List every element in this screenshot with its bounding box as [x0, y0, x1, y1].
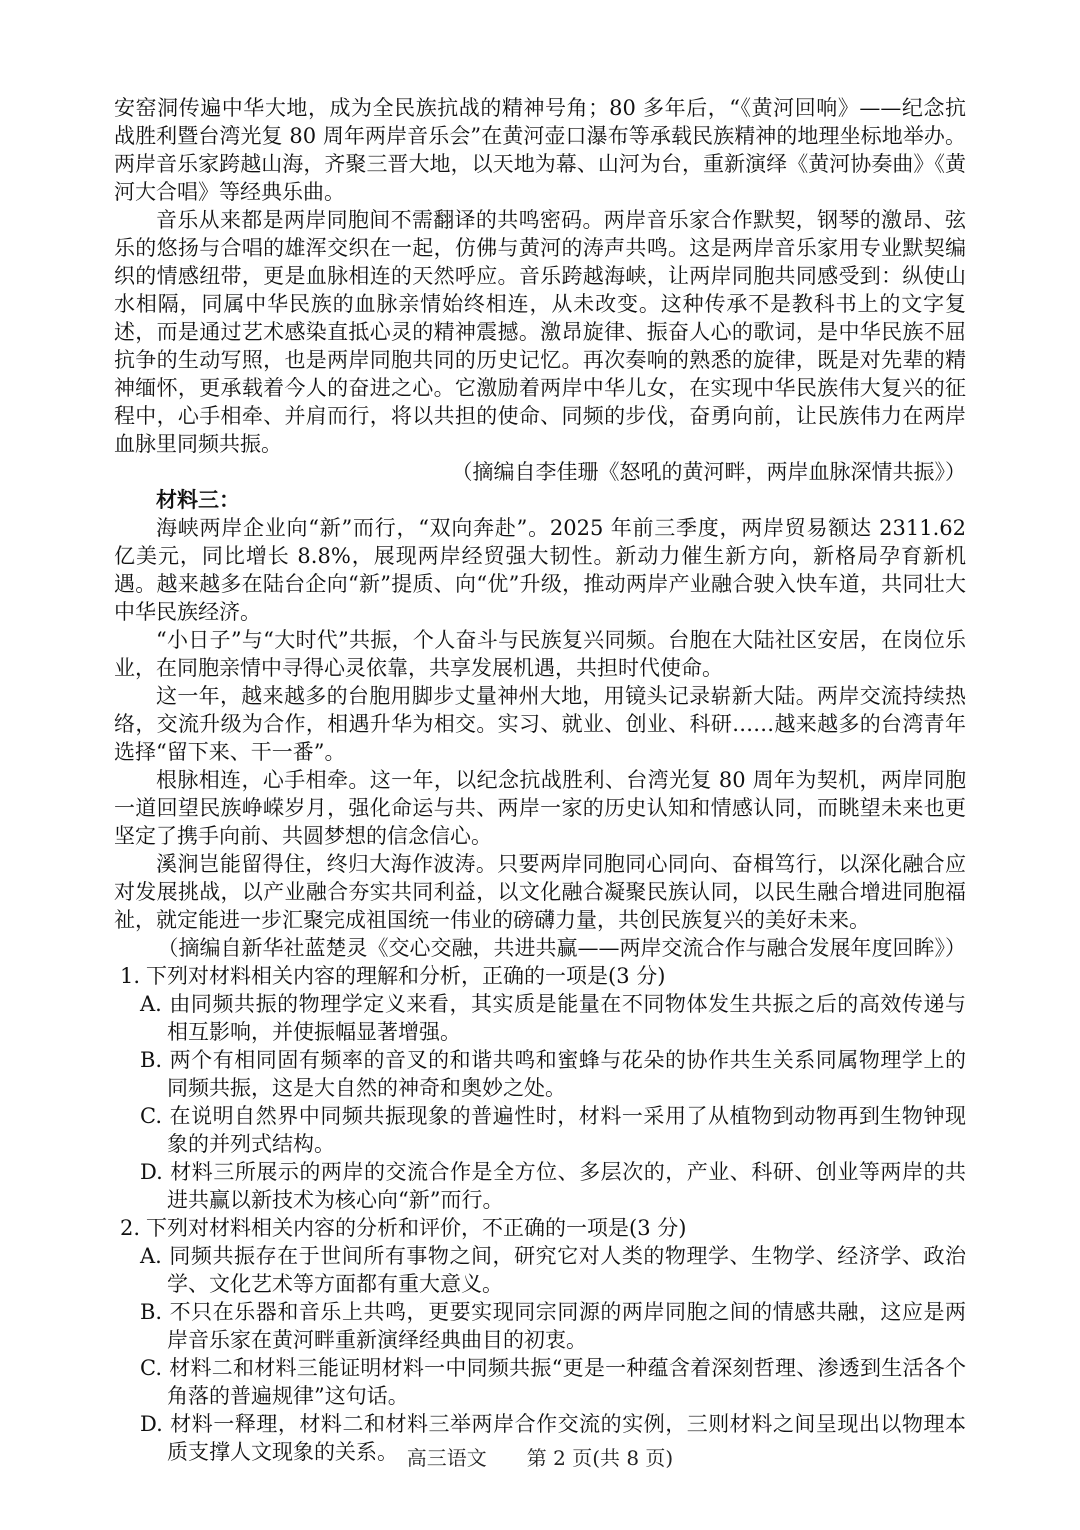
- material2-continuation-paragraph: 安窑洞传遍中华大地，成为全民族抗战的精神号角；80 多年后，“《黄河回响》——纪…: [114, 94, 966, 206]
- question-1-number: 1.: [120, 964, 140, 988]
- material3-paragraph: “小日子”与“大时代”共振，个人奋斗与民族复兴同频。台胞在大陆社区安居，在岗位乐…: [114, 626, 966, 682]
- option-label: D.: [140, 1160, 163, 1184]
- option-text: 同频共振存在于世间所有事物之间，研究它对人类的物理学、生物学、经济学、政治学、文…: [167, 1244, 966, 1296]
- option-label: D.: [140, 1412, 163, 1436]
- question-2-number: 2.: [120, 1216, 140, 1240]
- question-1-option-b: B.两个有相同固有频率的音叉的和谐共鸣和蜜蜂与花朵的协作共生关系同属物理学上的同…: [114, 1046, 966, 1102]
- question-1-stem: 下列对材料相关内容的理解和分析，正确的一项是(3 分): [146, 964, 665, 988]
- material3-paragraph: 这一年，越来越多的台胞用脚步丈量神州大地，用镜头记录崭新大陆。两岸交流持续热络，…: [114, 682, 966, 766]
- option-label: C.: [140, 1356, 162, 1380]
- question-2-stem-line: 2.下列对材料相关内容的分析和评价，不正确的一项是(3 分): [114, 1214, 966, 1242]
- material3-attribution: （摘编自新华社蓝楚灵《交心交融，共进共赢——两岸交流合作与融合发展年度回眸》）: [114, 934, 966, 962]
- question-1: 1.下列对材料相关内容的理解和分析，正确的一项是(3 分) A.由同频共振的物理…: [114, 962, 966, 1214]
- option-text: 不只在乐器和音乐上共鸣，更要实现同宗同源的两岸同胞之间的情感共融，这应是两岸音乐…: [167, 1300, 966, 1352]
- option-label: A.: [140, 992, 162, 1016]
- question-2-stem: 下列对材料相关内容的分析和评价，不正确的一项是(3 分): [146, 1216, 686, 1240]
- page-content: 安窑洞传遍中华大地，成为全民族抗战的精神号角；80 多年后，“《黄河回响》——纪…: [114, 94, 966, 1466]
- option-text: 材料二和材料三能证明材料一中同频共振“更是一种蕴含着深刻哲理、渗透到生活各个角落…: [167, 1356, 966, 1408]
- footer-course-label: 高三语文: [407, 1446, 487, 1470]
- option-text: 在说明自然界中同频共振现象的普遍性时，材料一采用了从植物到动物再到生物钟现象的并…: [167, 1104, 966, 1156]
- page-footer: 高三语文第 2 页(共 8 页): [0, 1442, 1080, 1471]
- option-label: C.: [140, 1104, 162, 1128]
- question-1-option-d: D.材料三所展示的两岸的交流合作是全方位、多层次的，产业、科研、创业等两岸的共进…: [114, 1158, 966, 1214]
- material2-attribution: （摘编自李佳珊《怒吼的黄河畔，两岸血脉深情共振》）: [114, 458, 966, 486]
- material3-paragraph: 根脉相连，心手相牵。这一年，以纪念抗战胜利、台湾光复 80 周年为契机，两岸同胞…: [114, 766, 966, 850]
- material3-paragraph: 海峡两岸企业向“新”而行，“双向奔赴”。2025 年前三季度，两岸贸易额达 23…: [114, 514, 966, 626]
- question-2: 2.下列对材料相关内容的分析和评价，不正确的一项是(3 分) A.同频共振存在于…: [114, 1214, 966, 1466]
- material2-paragraph: 音乐从来都是两岸同胞间不需翻译的共鸣密码。两岸音乐家合作默契，钢琴的激昂、弦乐的…: [114, 206, 966, 458]
- option-label: B.: [140, 1048, 162, 1072]
- option-label: B.: [140, 1300, 162, 1324]
- footer-page-label: 第 2 页(共 8 页): [527, 1446, 673, 1470]
- question-1-stem-line: 1.下列对材料相关内容的理解和分析，正确的一项是(3 分): [114, 962, 966, 990]
- material3-heading: 材料三：: [114, 486, 966, 514]
- question-2-option-b: B.不只在乐器和音乐上共鸣，更要实现同宗同源的两岸同胞之间的情感共融，这应是两岸…: [114, 1298, 966, 1354]
- material3-paragraph: 溪涧岂能留得住，终归大海作波涛。只要两岸同胞同心同向、奋楫笃行，以深化融合应对发…: [114, 850, 966, 934]
- question-2-option-a: A.同频共振存在于世间所有事物之间，研究它对人类的物理学、生物学、经济学、政治学…: [114, 1242, 966, 1298]
- option-label: A.: [140, 1244, 162, 1268]
- option-text: 材料三所展示的两岸的交流合作是全方位、多层次的，产业、科研、创业等两岸的共进共赢…: [167, 1160, 966, 1212]
- question-1-option-c: C.在说明自然界中同频共振现象的普遍性时，材料一采用了从植物到动物再到生物钟现象…: [114, 1102, 966, 1158]
- question-2-option-c: C.材料二和材料三能证明材料一中同频共振“更是一种蕴含着深刻哲理、渗透到生活各个…: [114, 1354, 966, 1410]
- question-1-option-a: A.由同频共振的物理学定义来看，其实质是能量在不同物体发生共振之后的高效传递与相…: [114, 990, 966, 1046]
- option-text: 两个有相同固有频率的音叉的和谐共鸣和蜜蜂与花朵的协作共生关系同属物理学上的同频共…: [167, 1048, 966, 1100]
- exam-page: 安窑洞传遍中华大地，成为全民族抗战的精神号角；80 多年后，“《黄河回响》——纪…: [0, 0, 1080, 1530]
- option-text: 由同频共振的物理学定义来看，其实质是能量在不同物体发生共振之后的高效传递与相互影…: [167, 992, 966, 1044]
